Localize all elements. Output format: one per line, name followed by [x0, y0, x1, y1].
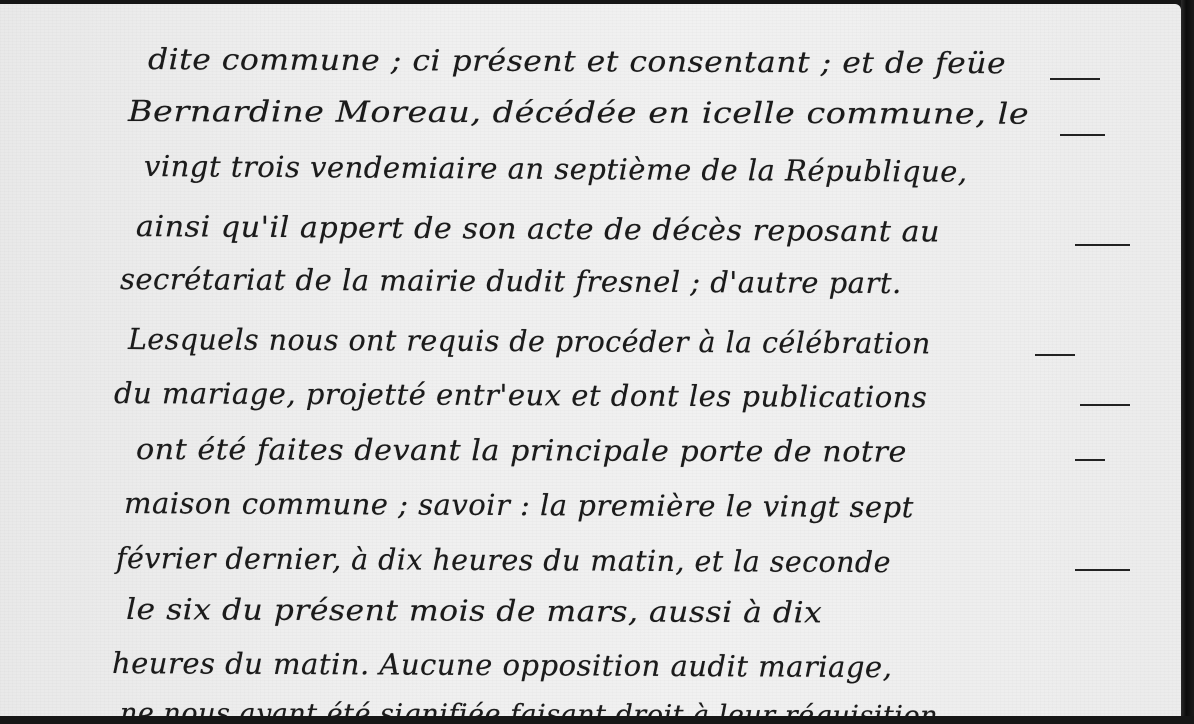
paper-page: dite commune ; ci présent et consentant … [0, 4, 1181, 717]
text-line-3: vingt trois vendemiaire an septième de l… [144, 149, 968, 189]
text-line-2: Bernardine Moreau, décédée en icelle com… [128, 94, 1029, 131]
line-end-dash [1050, 78, 1100, 80]
line-end-dash [1075, 569, 1130, 571]
text-line-8: ont été faites devant la principale port… [136, 432, 907, 469]
scan-bottom-border [0, 716, 1194, 724]
line-end-dash [1075, 244, 1130, 246]
text-line-5: secrétariat de la mairie dudit fresnel ;… [120, 262, 902, 300]
line-end-dash [1080, 404, 1130, 406]
line-end-dash [1075, 459, 1105, 461]
text-line-7: du mariage, projetté entr'eux et dont le… [114, 376, 927, 414]
text-line-4: ainsi qu'il appert de son acte de décès … [136, 209, 940, 248]
line-end-dash [1035, 354, 1075, 356]
line-end-dash [1060, 134, 1105, 136]
scanned-document: dite commune ; ci présent et consentant … [0, 0, 1194, 724]
text-line-1: dite commune ; ci présent et consentant … [148, 42, 1006, 80]
text-line-10: février dernier, à dix heures du matin, … [116, 541, 891, 579]
text-line-12: heures du matin. Aucune opposition audit… [112, 646, 893, 684]
text-line-11: le six du présent mois de mars, aussi à … [126, 592, 822, 629]
page-binding-edge [1181, 0, 1194, 724]
text-line-9: maison commune ; savoir : la première le… [124, 486, 914, 524]
text-line-6: Lesquels nous ont requis de procéder à l… [128, 322, 931, 360]
